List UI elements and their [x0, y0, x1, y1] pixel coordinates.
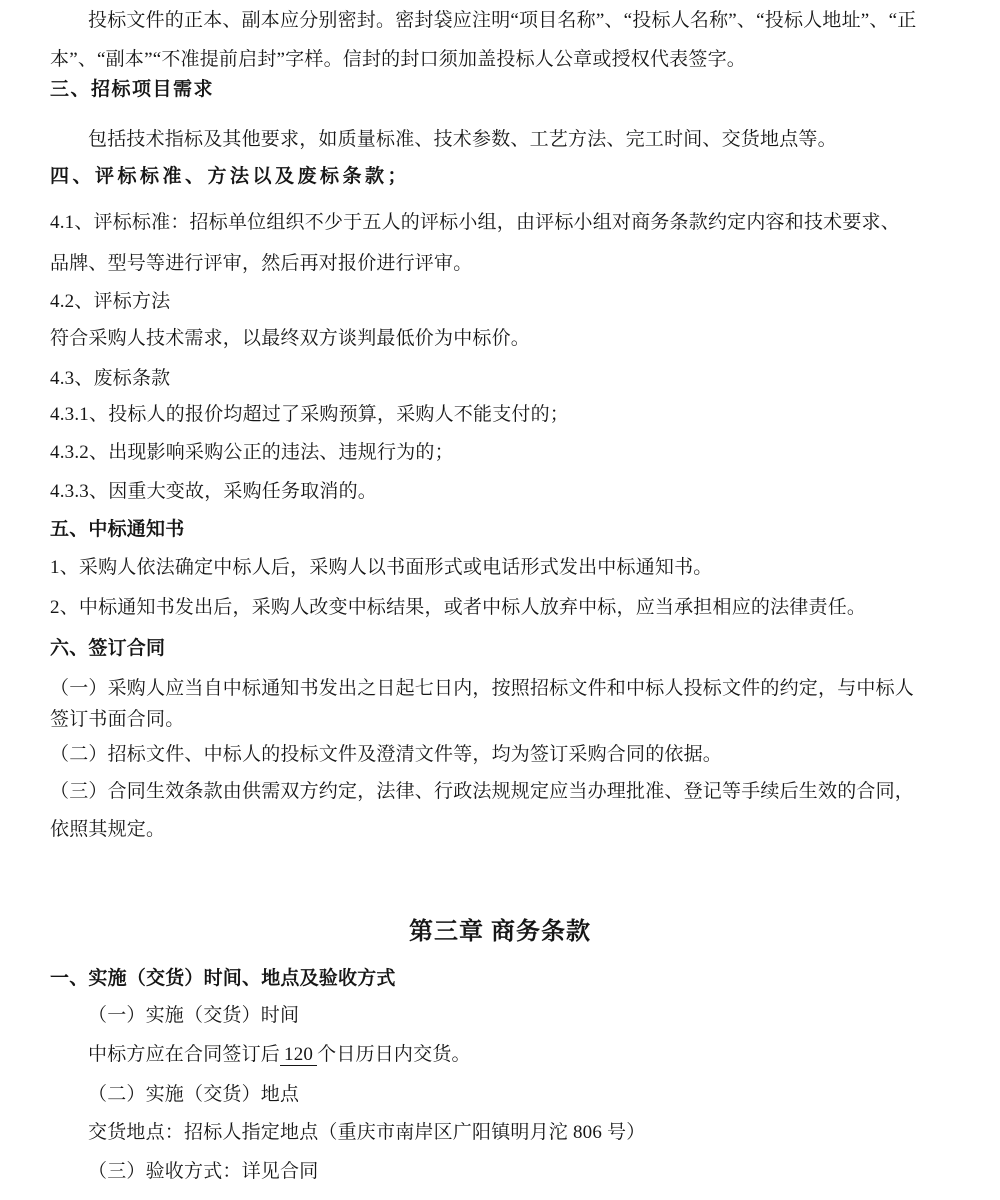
- section-6-item-2: （二）招标文件、中标人的投标文件及澄清文件等，均为签订采购合同的依据。: [50, 742, 722, 768]
- para-4-2-body: 符合采购人技术需求，以最终双方谈判最低价为中标价。: [50, 326, 530, 352]
- chapter-3-heading-1: 一、实施（交货）时间、地点及验收方式: [50, 966, 396, 992]
- para-4-3-3: 4.3.3、因重大变故，采购任务取消的。: [50, 479, 377, 505]
- section-6-item-1-line1: （一）采购人应当自中标通知书发出之日起七日内，按照招标文件和中标人投标文件的约定…: [50, 676, 914, 702]
- delivery-time-label: （一）实施（交货）时间: [88, 1003, 299, 1029]
- para-4-1-line2: 品牌、型号等进行评审，然后再对报价进行评审。: [50, 251, 472, 277]
- section-6-item-3-line1: （三）合同生效条款由供需双方约定，法律、行政法规规定应当办理批准、登记等手续后生…: [50, 779, 914, 805]
- delivery-place-label: （二）实施（交货）地点: [88, 1082, 299, 1108]
- acceptance-method-label: （三）验收方式：详见合同: [88, 1159, 318, 1185]
- section-6-item-1-line2: 签订书面合同。: [50, 707, 184, 733]
- section-6-item-3-line2: 依照其规定。: [50, 817, 165, 843]
- section-3-body: 包括技术指标及其他要求，如质量标准、技术参数、工艺方法、完工时间、交货地点等。: [88, 127, 837, 153]
- delivery-suffix: 个日历日内交货。: [317, 1044, 471, 1065]
- delivery-prefix: 中标方应在合同签订后: [88, 1044, 280, 1065]
- heading-section-3: 三、招标项目需求: [50, 77, 214, 103]
- heading-section-5: 五、中标通知书: [50, 517, 184, 543]
- section-5-item-1: 1、采购人依法确定中标人后，采购人以书面形式或电话形式发出中标通知书。: [50, 555, 713, 581]
- sealing-paragraph-line2: 本”、“副本”“不准提前启封”字样。信封的封口须加盖投标人公章或授权代表签字。: [50, 47, 746, 73]
- delivery-days-value: 120: [280, 1044, 317, 1066]
- delivery-place-sentence: 交货地点：招标人指定地点（重庆市南岸区广阳镇明月沱 806 号）: [88, 1120, 645, 1146]
- para-4-3-2: 4.3.2、出现影响采购公正的违法、违规行为的；: [50, 440, 454, 466]
- heading-section-6: 六、签订合同: [50, 636, 165, 662]
- sealing-paragraph-line1: 投标文件的正本、副本应分别密封。密封袋应注明“项目名称”、“投标人名称”、“投标…: [88, 8, 916, 34]
- heading-section-4: 四、评标标准、方法以及废标条款；: [50, 164, 410, 190]
- section-5-item-2: 2、中标通知书发出后，采购人改变中标结果，或者中标人放弃中标，应当承担相应的法律…: [50, 595, 866, 621]
- document-page: 投标文件的正本、副本应分别密封。密封袋应注明“项目名称”、“投标人名称”、“投标…: [0, 0, 1000, 1200]
- para-4-2-heading: 4.2、评标方法: [50, 289, 170, 315]
- delivery-time-sentence: 中标方应在合同签订后120个日历日内交货。: [88, 1042, 471, 1068]
- para-4-3-heading: 4.3、废标条款: [50, 366, 170, 392]
- para-4-3-1: 4.3.1、投标人的报价均超过了采购预算，采购人不能支付的；: [50, 402, 569, 428]
- chapter-3-title: 第三章 商务条款: [0, 911, 1000, 946]
- para-4-1-line1: 4.1、评标标准：招标单位组织不少于五人的评标小组，由评标小组对商务条款约定内容…: [50, 210, 900, 236]
